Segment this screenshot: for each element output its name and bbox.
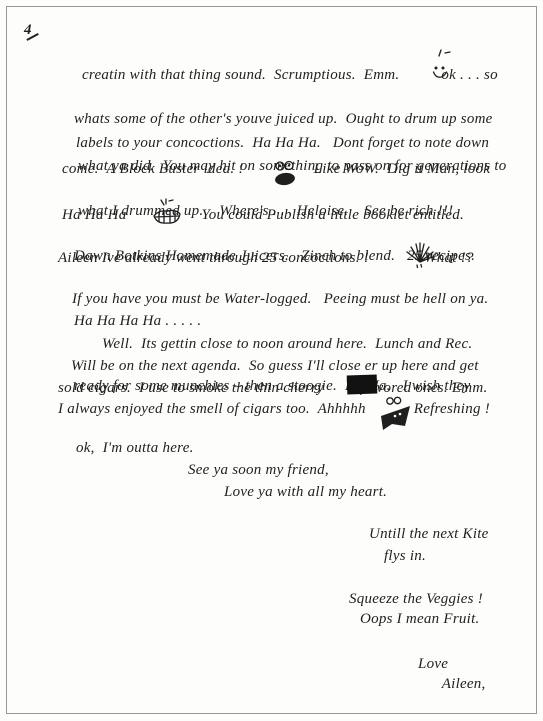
line-text: Aileen Ive already went through 25 conco… — [58, 249, 369, 268]
shocked-face-icon — [272, 159, 298, 187]
line-text: flys in. — [384, 548, 426, 564]
handwritten-line: Ha Ha Ha You could Publish a little book… — [62, 206, 464, 225]
line-text: Refreshing ! — [414, 400, 490, 419]
handwritten-line: I always enjoyed the smell of cigars too… — [58, 400, 490, 419]
redaction-box — [347, 374, 378, 394]
line-text: sold cigars. I use to smoke the thin che… — [58, 379, 324, 398]
line-text: Oops I mean Fruit. — [360, 611, 480, 627]
line-text: You could Publish a little booklet entit… — [202, 206, 465, 225]
grinning-teeth-icon — [152, 196, 182, 230]
page-number: 4 — [24, 22, 32, 39]
line-text: ok . . . so — [441, 66, 498, 85]
stray-pen-marks-icon — [436, 48, 452, 58]
handwritten-line: sold cigars. I use to smoke the thin che… — [58, 379, 487, 398]
line-text: Aileen, — [442, 676, 486, 692]
line-text: Like WoW. Dig it Man, look — [314, 160, 490, 179]
line-text: I always enjoyed the smell of cigars too… — [58, 400, 366, 419]
starburst-icon — [405, 242, 435, 268]
line-text: Ha Ha Ha — [62, 206, 127, 225]
line-text: Love ya with all my heart. — [224, 484, 387, 500]
eyes-and-flag-icon — [378, 395, 414, 435]
letter-page: 4 creatin with that thing sound. Scrumpt… — [0, 0, 543, 721]
signature-line: Aileen, — [426, 656, 486, 713]
line-text: come. A Block Buster idea. ! — [62, 160, 244, 179]
line-text: creatin with that thing sound. Scrumptio… — [82, 66, 399, 85]
smiley-face-icon — [431, 62, 449, 82]
